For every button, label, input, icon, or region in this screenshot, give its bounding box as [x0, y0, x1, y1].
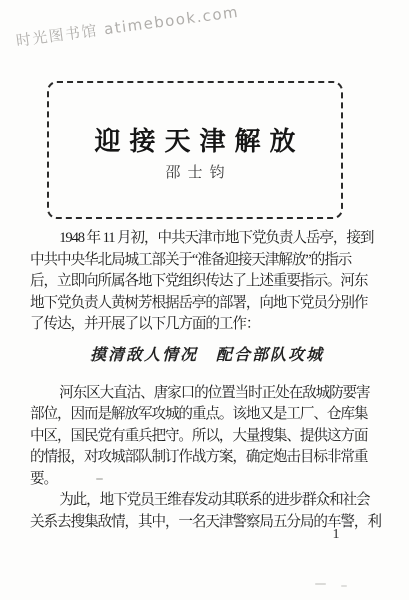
scan-artifact: [341, 585, 347, 587]
watermark-text: 时光图书馆 atimebook.com: [15, 1, 241, 51]
article-author: 邵士钧: [49, 161, 341, 182]
section-heading: 摸清敌人情况 配合部队攻城: [30, 345, 384, 367]
article-title: 迎接天津解放: [49, 121, 341, 158]
article-body: 1948 年 11 月初，中共天津市地下党负责人岳亭，接到 中共中央华北局城工部…: [30, 228, 384, 533]
scan-artifact: [96, 478, 103, 480]
paragraph-1: 1948 年 11 月初，中共天津市地下党负责人岳亭，接到 中共中央华北局城工部…: [30, 228, 384, 336]
paragraph-2: 河东区大直沽、唐家口的位置当时正处在敌城防要害 部位，因而是解放军攻城的重点。该…: [30, 383, 384, 491]
scan-artifact: [315, 583, 326, 585]
title-box: 迎接天津解放 邵士钧: [47, 81, 343, 219]
book-page: 时光图书馆 atimebook.com 迎接天津解放 邵士钧 1948 年 11…: [0, 0, 409, 600]
page-number: 1: [326, 527, 346, 543]
